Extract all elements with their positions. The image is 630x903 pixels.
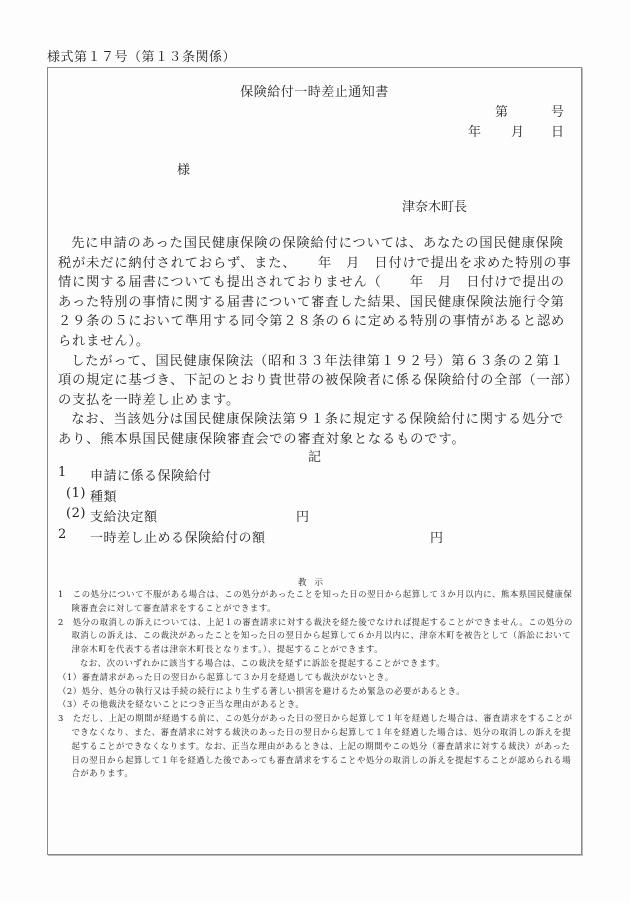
note-2: 2 処分の取消しの訴えについては、上記１の審査請求に対する裁決を経た後でなければ…: [58, 616, 573, 657]
note-condition-2: （2）処分、処分の執行又は手続の続行により生ずる著しい損害を避けるため緊急の必要…: [58, 685, 573, 699]
item-1-1-num: (1): [66, 486, 86, 501]
item-1-1-label: 種類: [90, 486, 117, 505]
note-3: 3 ただし、上記の期間が経過する前に、この処分があった日の翌日から起算して１年を…: [58, 712, 573, 781]
document-title: 保険給付一時差止通知書: [48, 81, 581, 100]
notice-body: 先に申請のあった国民健康保険の保険給付については、あなたの国民健康保険税が未だに…: [58, 234, 573, 450]
document-number-suffix: 号: [551, 101, 564, 120]
item-1-label: 申請に係る保険給付: [90, 465, 212, 484]
form-number-label: 様式第１７号（第１３条関係）: [47, 46, 236, 65]
date-day: 日: [551, 121, 564, 140]
document-number-prefix: 第: [495, 101, 508, 120]
note-2-sub: なお、次のいずれかに該当する場合は、この裁決を経ずに訴訟を提起することができます…: [58, 657, 573, 671]
note-condition-1: （1）審査請求があった日の翌日から起算して３か月を経過しても裁決がないとき。: [58, 671, 573, 685]
item-1-2-num: (2): [66, 506, 86, 521]
body-paragraph: 先に申請のあった国民健康保険の保険給付については、あなたの国民健康保険税が未だに…: [58, 234, 573, 352]
item-2-num: 2: [58, 527, 67, 542]
date-year: 年: [468, 121, 481, 140]
instructions-notes: 1 この処分について不服がある場合は、この処分があったことを知った日の翌日から起…: [58, 588, 573, 781]
ki-heading: 記: [48, 446, 581, 465]
item-1-num: 1: [58, 465, 67, 480]
sender-name: 津奈木町長: [402, 196, 467, 215]
notes-title: 教示: [48, 576, 581, 588]
item-1-2-unit: 円: [296, 506, 310, 525]
document-frame: 保険給付一時差止通知書 第 号 年 月 日 様 津奈木町長 先に申請のあった国民…: [47, 67, 582, 855]
note-condition-3: （3）その他裁決を経ないことにつき正当な理由があるとき。: [58, 698, 573, 712]
note-1: 1 この処分について不服がある場合は、この処分があったことを知った日の翌日から起…: [58, 588, 573, 616]
item-2-label: 一時差し止める保険給付の額: [90, 527, 266, 546]
body-paragraph: なお、当該処分は国民健康保険法第９１条に規定する保険給付に関する処分であり、熊本…: [58, 410, 573, 449]
date-month: 月: [511, 121, 524, 140]
item-2-unit: 円: [430, 527, 444, 546]
addressee-honorific: 様: [177, 159, 190, 178]
body-paragraph: したがって、国民健康保険法（昭和３３年法律第１９２号）第６３条の２第１項の規定に…: [58, 352, 573, 411]
item-1-2-label: 支給決定額: [90, 506, 158, 525]
